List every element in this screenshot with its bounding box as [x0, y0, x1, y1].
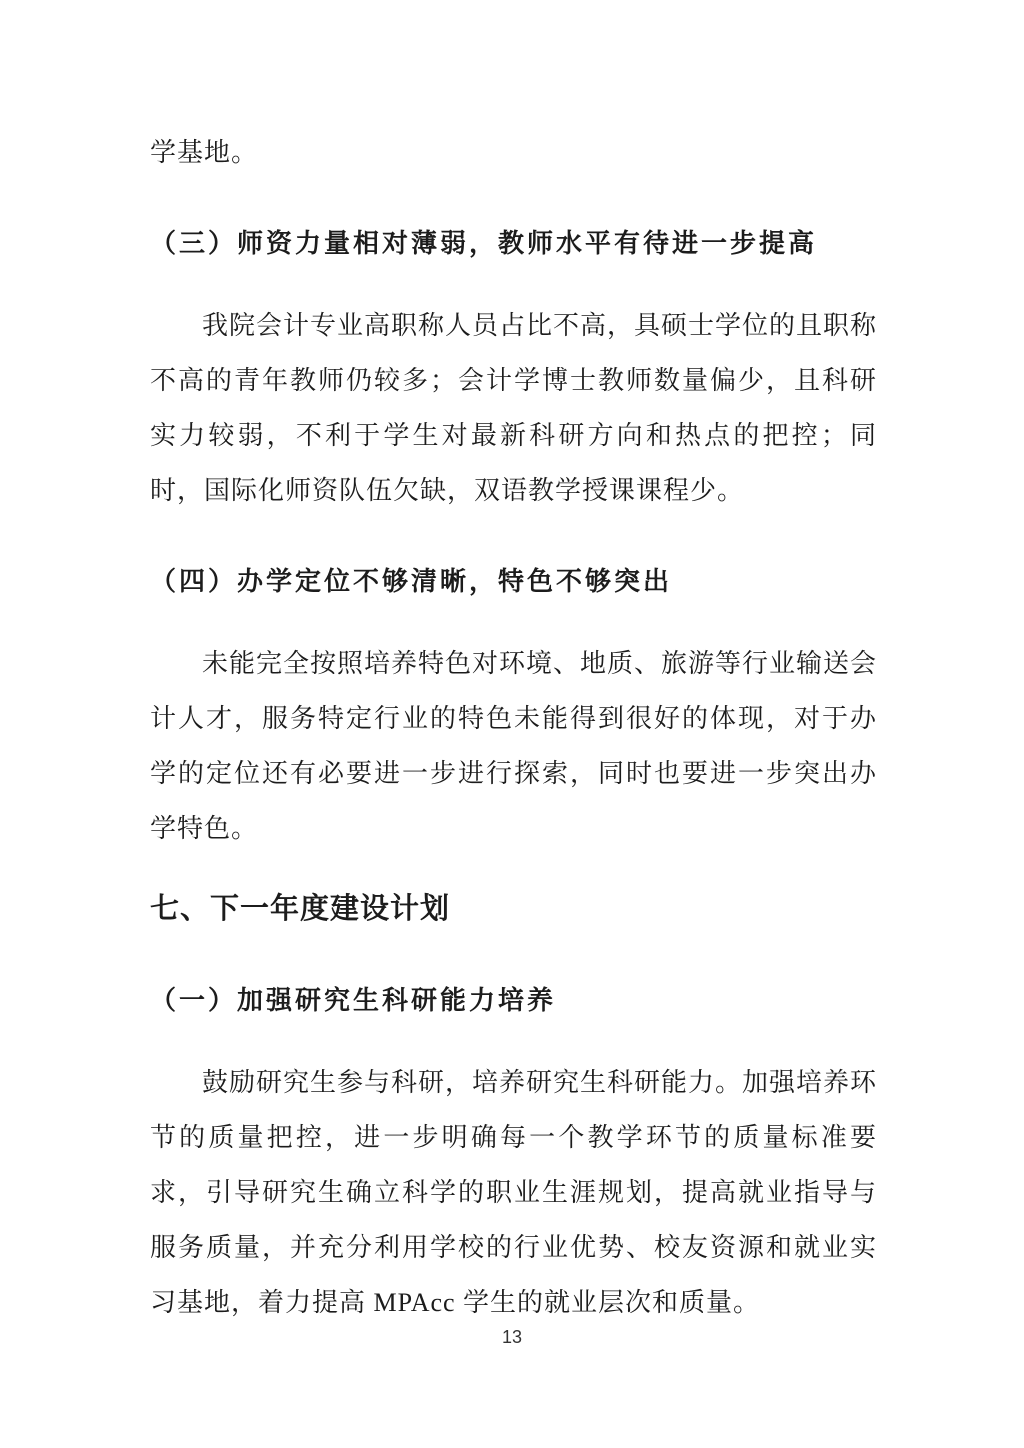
section-heading-7: 七、下一年度建设计划 — [150, 882, 877, 937]
paragraph: 未能完全按照培养特色对环境、地质、旅游等行业输送会计人才，服务特定行业的特色未能… — [150, 636, 877, 856]
subsection-heading-4: （四）办学定位不够清晰，特色不够突出 — [150, 555, 877, 610]
paragraph: 鼓励研究生参与科研，培养研究生科研能力。加强培养环节的质量把控，进一步明确每一个… — [150, 1055, 877, 1330]
page-number: 13 — [0, 1327, 1024, 1348]
subsection-heading-1: （一）加强研究生科研能力培养 — [150, 974, 877, 1029]
document-page: 学基地。 （三）师资力量相对薄弱，教师水平有待进一步提高 我院会计专业高职称人员… — [0, 0, 1024, 1448]
paragraph-continuation: 学基地。 — [150, 125, 877, 180]
paragraph: 我院会计专业高职称人员占比不高，具硕士学位的且职称不高的青年教师仍较多；会计学博… — [150, 298, 877, 518]
subsection-heading-3: （三）师资力量相对薄弱，教师水平有待进一步提高 — [150, 217, 877, 272]
